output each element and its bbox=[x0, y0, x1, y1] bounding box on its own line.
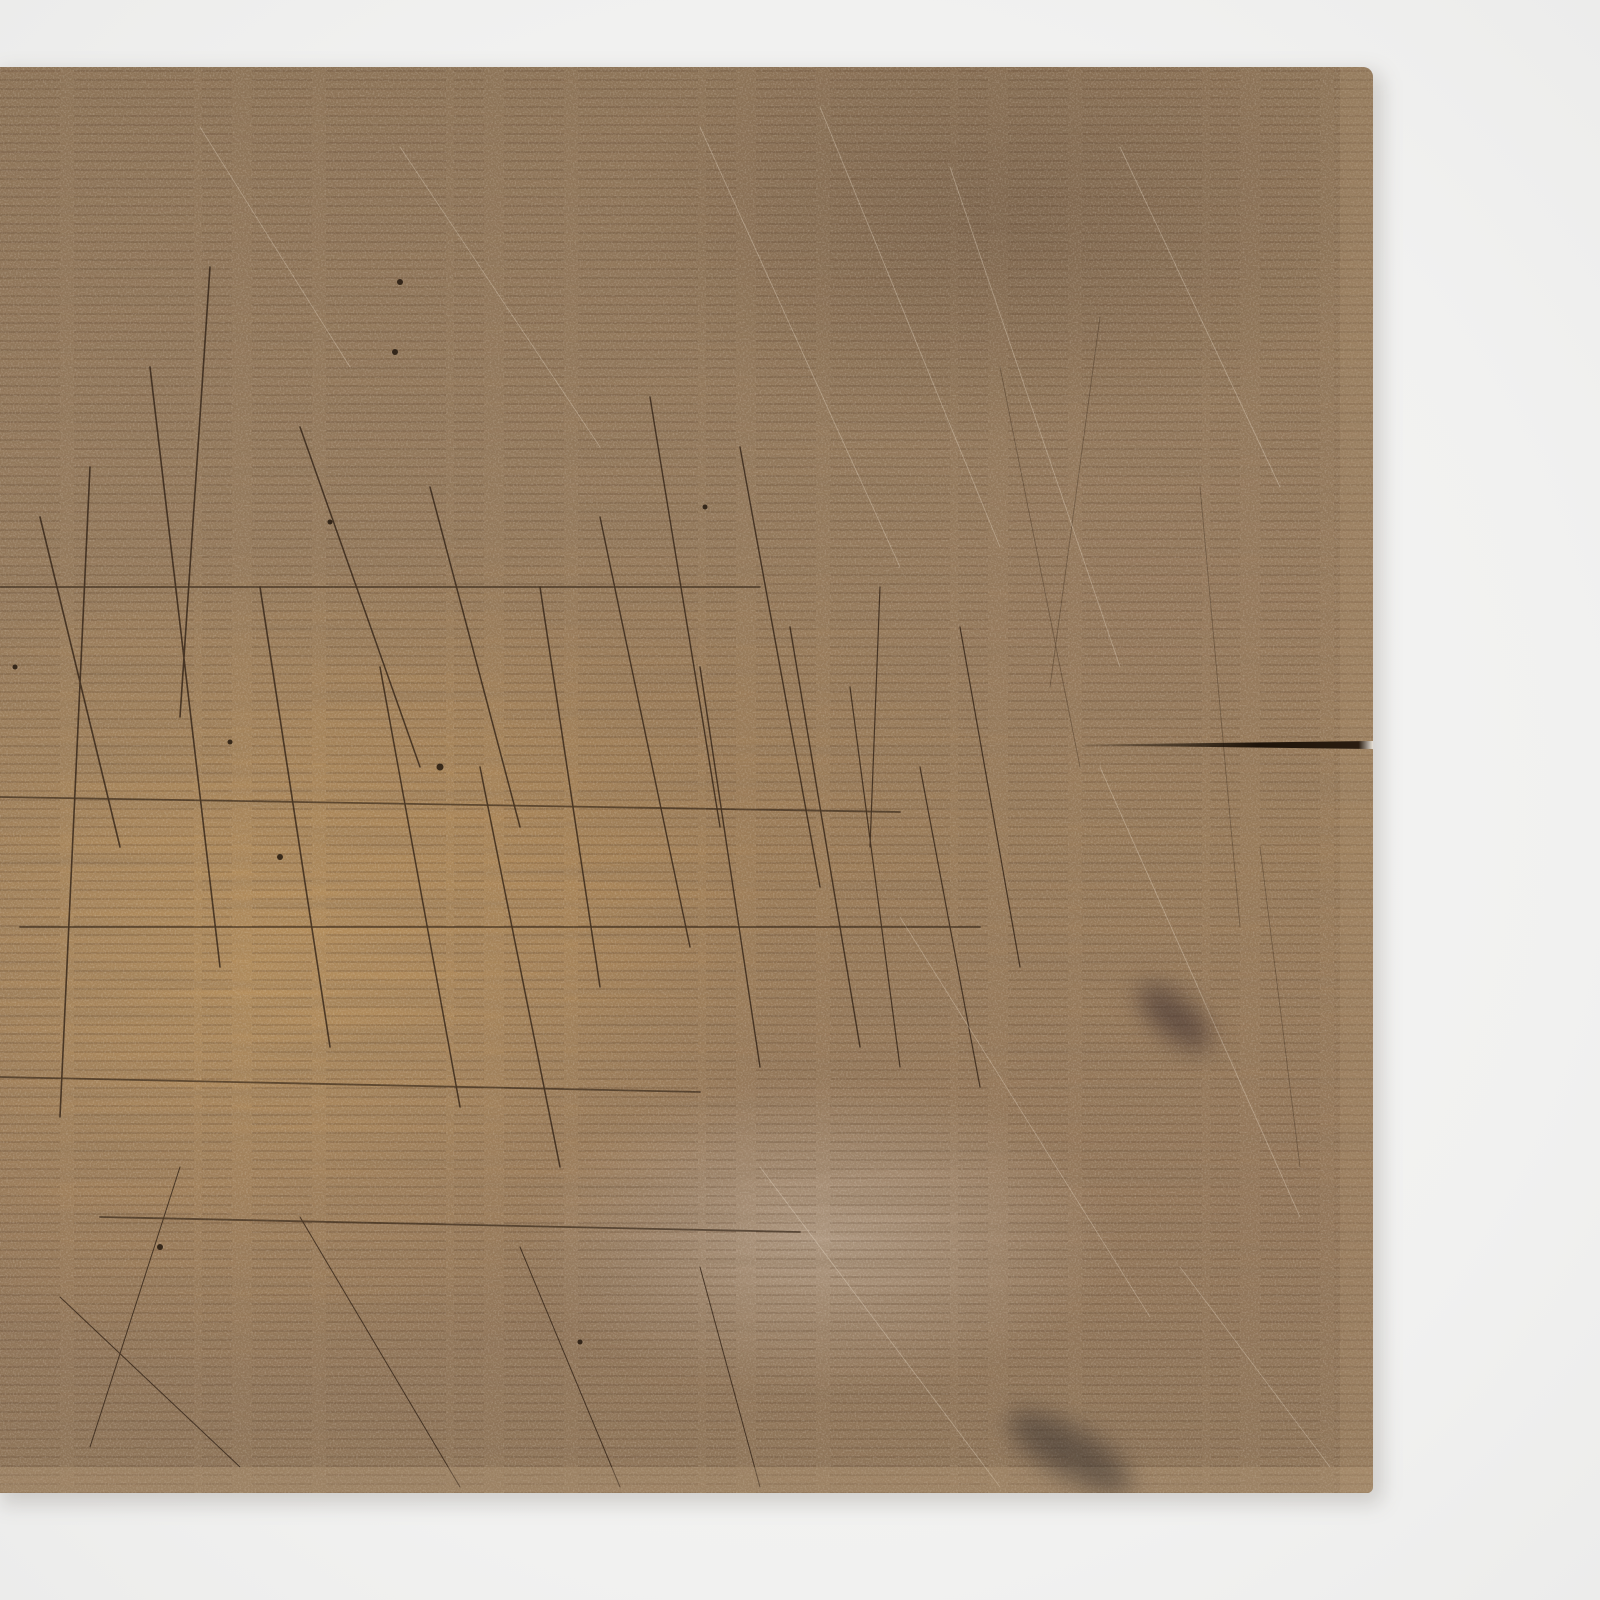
photo-scene bbox=[0, 0, 1600, 1600]
wood-texture bbox=[0, 67, 1373, 1493]
cutting-board bbox=[0, 67, 1373, 1493]
